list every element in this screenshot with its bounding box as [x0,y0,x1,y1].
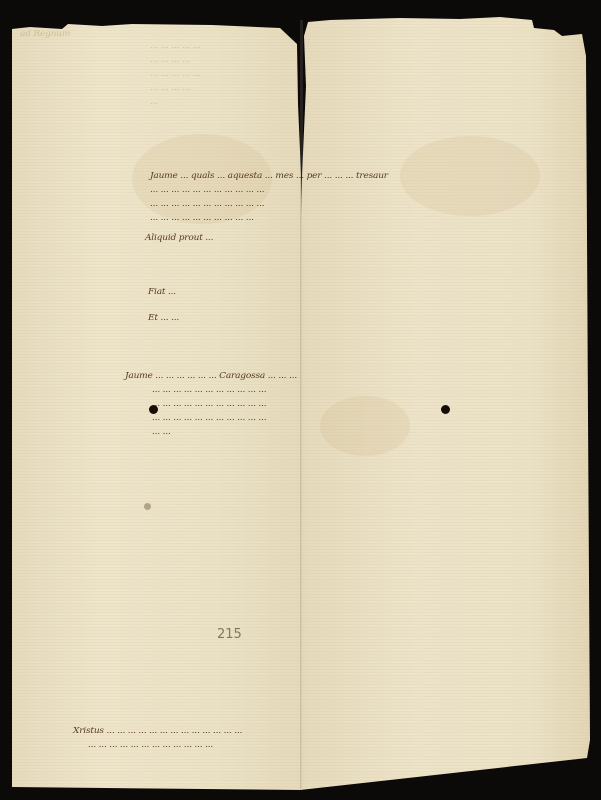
faded-header-line: ... [150,98,158,106]
text-line: Jaume ... ... ... ... ... ... Caragossa … [125,372,297,380]
faded-header-line: ... ... ... ... [150,84,190,92]
text-line: Et ... ... [148,314,179,322]
faded-header-line: ... ... ... ... ... [150,42,201,50]
text-line: ... ... ... ... ... ... ... ... ... ... … [150,200,264,208]
text-line: ... ... ... ... ... ... ... ... ... ... … [150,186,264,194]
center-fold [300,20,303,790]
text-line: ... ... ... ... ... ... ... ... ... ... … [88,741,213,749]
binding-hole [441,405,450,414]
text-line: Fiat ... [148,288,176,296]
binding-hole [149,405,158,414]
text-line: ... ... ... ... ... ... ... ... ... ... … [152,414,266,422]
text-line: ... ... ... ... ... ... ... ... ... ... [150,214,254,222]
faded-header-line: ad Regnum [20,30,70,38]
text-line: ... ... [152,428,171,436]
text-line: Xristus ... ... ... ... ... ... ... ... … [73,727,242,735]
text-line: Jaume ... quals ... aquesta ... mes ... … [150,172,388,180]
faded-header-line: ... ... ... ... [150,56,190,64]
folio-number: 215 [217,627,242,642]
text-line: ... ... ... ... ... ... ... ... ... ... … [152,386,266,394]
faded-header-line: ... ... ... ... ... [150,70,201,78]
text-line: Aliquid prout ... [145,234,213,242]
binding-hole [144,503,151,510]
right-page [300,16,590,790]
text-line: ... ... ... ... ... ... ... ... ... ... … [152,400,266,408]
